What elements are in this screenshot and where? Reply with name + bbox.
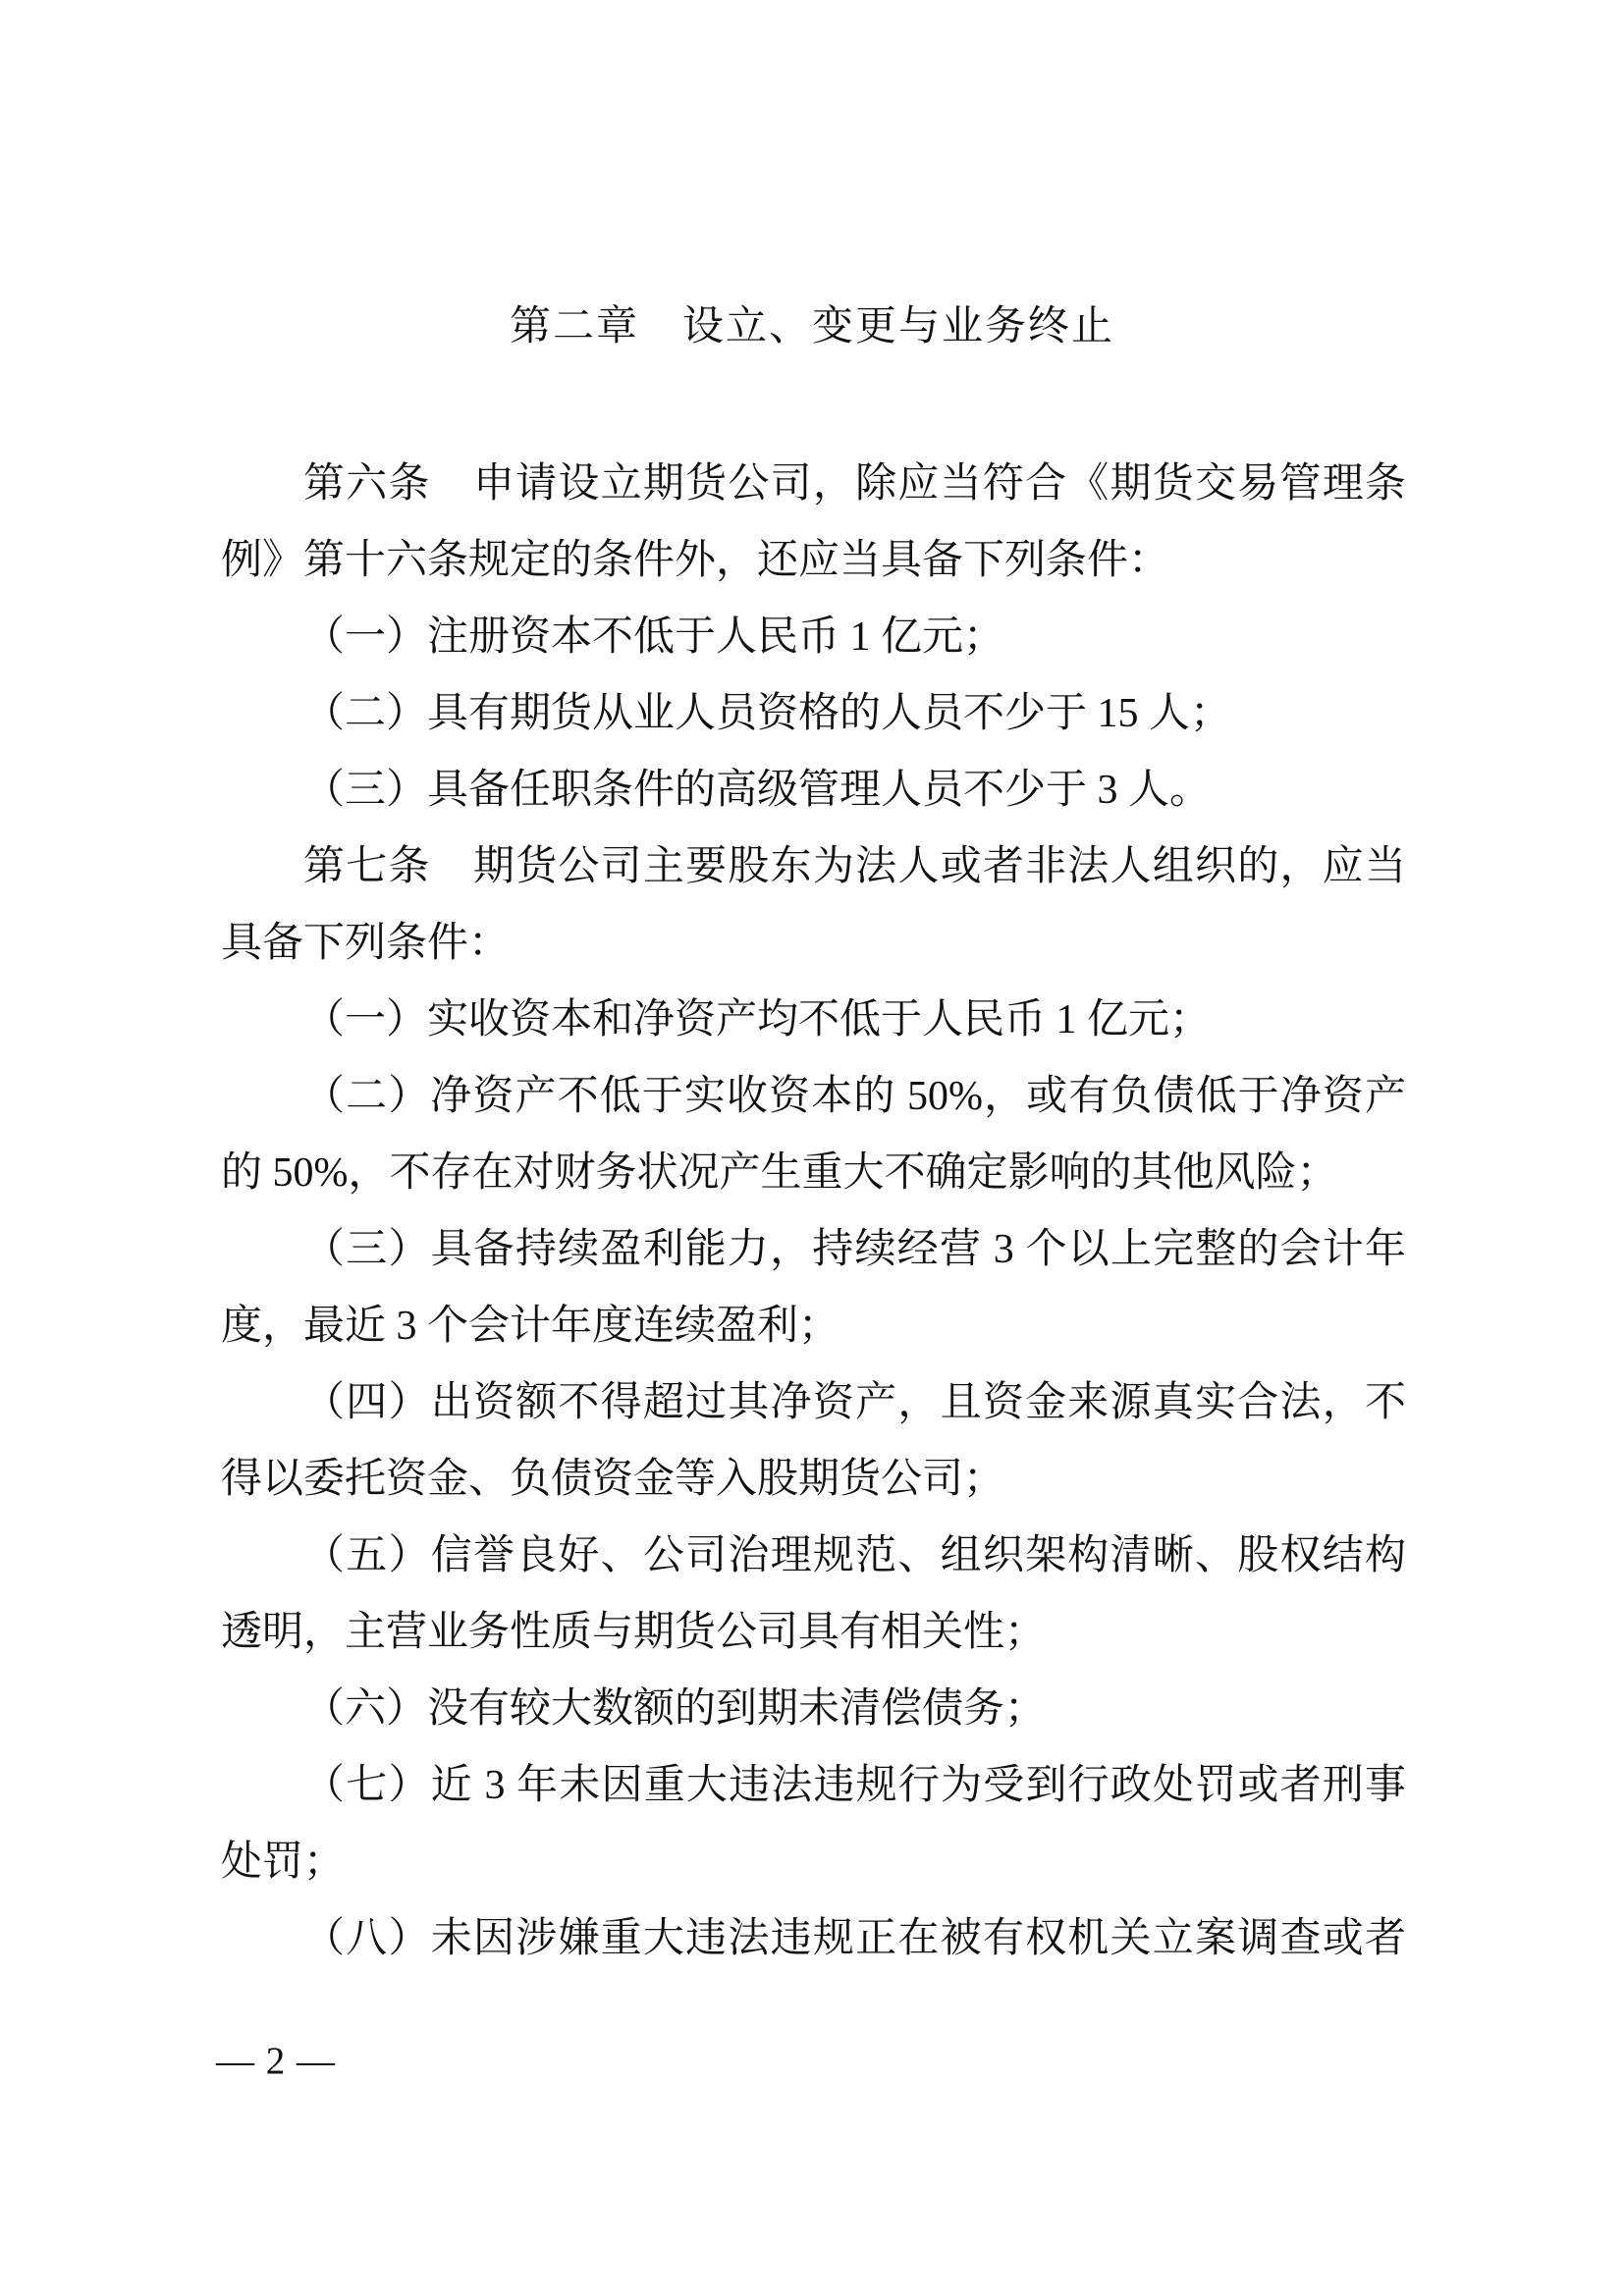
body-line: （八）未因涉嫌重大违法违规正在被有权机关立案调查或者 bbox=[221, 1900, 1406, 1977]
chapter-title: 第二章 设立、变更与业务终止 bbox=[0, 304, 1624, 349]
body-line: 第七条 期货公司主要股东为法人或者非法人组织的，应当 bbox=[221, 828, 1406, 905]
body-line: 度，最近 3 个会计年度连续盈利； bbox=[221, 1288, 1406, 1364]
body-line: （六）没有较大数额的到期未清偿债务； bbox=[221, 1671, 1406, 1747]
body-line: 的 50%，不存在对财务状况产生重大不确定影响的其他风险； bbox=[221, 1135, 1406, 1211]
body-line: 得以委托资金、负债资金等入股期货公司； bbox=[221, 1441, 1406, 1518]
page-number: — 2 — bbox=[216, 2039, 336, 2083]
body-line: （四）出资额不得超过其净资产，且资金来源真实合法，不 bbox=[221, 1364, 1406, 1441]
body-line: （一）注册资本不低于人民币 1 亿元； bbox=[221, 599, 1406, 675]
document-page: 第二章 设立、变更与业务终止 第六条 申请设立期货公司，除应当符合《期货交易管理… bbox=[0, 0, 1624, 2296]
body-line: 例》第十六条规定的条件外，还应当具备下列条件： bbox=[221, 522, 1406, 599]
body-line: 透明，主营业务性质与期货公司具有相关性； bbox=[221, 1594, 1406, 1671]
body-line: （三）具备持续盈利能力，持续经营 3 个以上完整的会计年 bbox=[221, 1211, 1406, 1288]
body-line: 第六条 申请设立期货公司，除应当符合《期货交易管理条 bbox=[221, 446, 1406, 522]
body-line: （三）具备任职条件的高级管理人员不少于 3 人。 bbox=[221, 752, 1406, 828]
body-line: 处罚； bbox=[221, 1824, 1406, 1900]
body-line: （七）近 3 年未因重大违法违规行为受到行政处罚或者刑事 bbox=[221, 1747, 1406, 1824]
body-line: （二）具有期货从业人员资格的人员不少于 15 人； bbox=[221, 675, 1406, 752]
document-body: 第六条 申请设立期货公司，除应当符合《期货交易管理条 例》第十六条规定的条件外，… bbox=[221, 446, 1406, 1977]
body-line: 具备下列条件： bbox=[221, 905, 1406, 982]
body-line: （一）实收资本和净资产均不低于人民币 1 亿元； bbox=[221, 982, 1406, 1058]
body-line: （五）信誉良好、公司治理规范、组织架构清晰、股权结构 bbox=[221, 1518, 1406, 1594]
body-line: （二）净资产不低于实收资本的 50%，或有负债低于净资产 bbox=[221, 1058, 1406, 1135]
